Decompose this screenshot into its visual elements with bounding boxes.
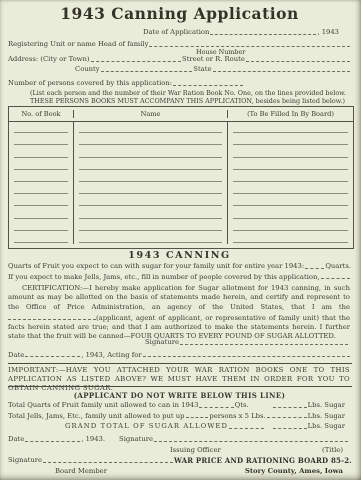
board-fill-in-line bbox=[233, 157, 348, 158]
persons-covered-row: Number of persons covered by this applic… bbox=[8, 80, 351, 87]
name-fill-in-line bbox=[79, 218, 222, 219]
grand-total-label: GRAND TOTAL OF SUGAR ALLOWED bbox=[65, 423, 228, 430]
board-fill-in-line bbox=[233, 181, 348, 182]
grand-total-row: GRAND TOTAL OF SUGAR ALLOWED Lbs. Sugar bbox=[8, 423, 345, 430]
canning-application-form: 1943 Canning Application Date of Applica… bbox=[0, 0, 361, 480]
total-quarts-lbs-fill-in-line bbox=[273, 407, 307, 408]
board-location: Story County, Ames, Iowa bbox=[245, 467, 343, 476]
officer-date-fill-in-line bbox=[25, 441, 80, 442]
ration-book-table-body bbox=[9, 122, 353, 244]
total-jells-fill-in-line bbox=[186, 417, 209, 418]
county-label: County bbox=[75, 66, 100, 73]
total-jells-lbs-label: Lbs. Sugar bbox=[308, 413, 345, 420]
title-caption: (Title) bbox=[322, 446, 343, 454]
officer-signature-fill-in-line bbox=[154, 441, 348, 442]
name-fill-in-line bbox=[79, 169, 222, 170]
officer-date-signature-row: Date , 1943. Signature bbox=[8, 436, 349, 443]
county-state-row: County State bbox=[75, 66, 351, 73]
table-row bbox=[9, 171, 353, 183]
officer-date-label: Date bbox=[8, 436, 24, 443]
book-fill-in-line bbox=[14, 205, 68, 206]
book-fill-in-line bbox=[14, 169, 68, 170]
column-header-book: No. of Book bbox=[9, 110, 74, 118]
name-fill-in-line bbox=[79, 144, 222, 145]
board-fill-in-line bbox=[233, 218, 348, 219]
table-row bbox=[9, 195, 353, 207]
registering-unit-label: Registering Unit or name Head of family bbox=[8, 41, 148, 48]
name-fill-in-line bbox=[79, 157, 222, 158]
book-fill-in-line bbox=[14, 144, 68, 145]
street-label: Street or R. Route bbox=[182, 56, 245, 63]
board-member-caption: Board Member bbox=[55, 467, 107, 475]
quarts-unit: Quarts. bbox=[325, 263, 351, 270]
book-fill-in-line bbox=[14, 230, 68, 231]
quarts-of-fruit-row: Quarts of Fruit you expect to can with s… bbox=[8, 263, 351, 270]
table-row bbox=[9, 134, 353, 146]
date-acting-row: Date , 1943, Acting for bbox=[8, 352, 351, 359]
board-fill-in-line bbox=[233, 169, 348, 170]
divider-rule-bottom bbox=[8, 386, 352, 387]
signature-fill-in-line bbox=[180, 344, 348, 345]
name-fill-in-line bbox=[79, 181, 222, 182]
total-quarts-fill-in-line bbox=[199, 407, 233, 408]
city-fill-in-line bbox=[91, 61, 182, 62]
persons-covered-label: Number of persons covered by this applic… bbox=[8, 80, 172, 87]
table-row bbox=[9, 146, 353, 158]
total-jells-label: Total Jells, Jams, Etc., family unit all… bbox=[8, 413, 185, 420]
state-fill-in-line bbox=[213, 71, 351, 72]
street-fill-in-line bbox=[246, 61, 350, 62]
book-fill-in-line bbox=[14, 193, 68, 194]
total-jells-unit: persons x 5 Lbs. bbox=[209, 413, 265, 420]
column-header-name: Name bbox=[74, 110, 228, 118]
county-fill-in-line bbox=[101, 71, 193, 72]
table-row bbox=[9, 220, 353, 232]
acting-for-label: , 1943, Acting for bbox=[81, 352, 141, 359]
jells-label: If you expect to make Jells, Jams, etc.,… bbox=[8, 274, 320, 281]
jells-fill-in-line bbox=[321, 278, 350, 279]
ration-book-table: No. of Book Name (To Be Filled In By Boa… bbox=[8, 106, 354, 249]
board-fill-in-line bbox=[233, 132, 348, 133]
book-fill-in-line bbox=[14, 157, 68, 158]
date-of-application-row: Date of Application , 1943 bbox=[143, 29, 339, 36]
name-fill-in-line bbox=[79, 132, 222, 133]
signature-label: Signature bbox=[145, 339, 179, 346]
canning-section-title: 1943 CANNING bbox=[8, 250, 351, 262]
table-header-row: No. of Book Name (To Be Filled In By Boa… bbox=[9, 107, 353, 122]
certification-signature-row: Signature bbox=[145, 339, 349, 346]
board-member-signature-row: Signature WAR PRICE AND RATIONING BOARD … bbox=[8, 457, 347, 465]
name-fill-in-line bbox=[79, 193, 222, 194]
registering-fill-in-line-2 bbox=[201, 46, 350, 47]
board-signature-fill-in-line bbox=[43, 462, 173, 463]
book-fill-in-line bbox=[14, 132, 68, 133]
rationing-board-name: WAR PRICE AND RATIONING BOARD 85-2. bbox=[174, 457, 352, 465]
persons-fill-in-line bbox=[173, 85, 243, 86]
total-quarts-unit: Qts. bbox=[235, 402, 249, 409]
name-fill-in-line bbox=[79, 230, 222, 231]
quarts-label: Quarts of Fruit you expect to can with s… bbox=[8, 263, 304, 270]
grand-total-fill-in-line bbox=[229, 428, 264, 429]
page-title: 1943 Canning Application bbox=[8, 4, 351, 23]
officer-date-suffix: , 1943. bbox=[81, 436, 105, 443]
date-label: Date bbox=[8, 352, 24, 359]
name-fill-in-line bbox=[79, 205, 222, 206]
date-fill-in-line bbox=[210, 34, 316, 35]
officer-signature-label: Signature bbox=[119, 436, 153, 443]
certification-paragraph: CERTIFICATION:—I hereby make application… bbox=[8, 284, 350, 342]
do-not-write-notice: (APPLICANT DO NOT WRITE BELOW THIS LINE) bbox=[8, 392, 351, 401]
issuing-officer-label: Issuing Officer bbox=[170, 446, 221, 454]
certification-text-1: CERTIFICATION:—I hereby make application… bbox=[8, 284, 350, 311]
name-fill-in-line bbox=[79, 242, 222, 243]
table-row bbox=[9, 207, 353, 219]
applicant-type-fill-in-line bbox=[8, 312, 96, 320]
ration-book-note: (List each person and the number of thei… bbox=[30, 89, 349, 105]
board-fill-in-line bbox=[233, 242, 348, 243]
board-signature-label: Signature bbox=[8, 457, 42, 464]
table-row bbox=[9, 232, 353, 244]
divider-rule-top bbox=[8, 363, 352, 364]
book-fill-in-line bbox=[14, 218, 68, 219]
total-quarts-label: Total Quarts of Fruit family unit allowe… bbox=[8, 402, 198, 409]
grand-total-lbs-label: Lbs. Sugar bbox=[308, 423, 345, 430]
quarts-fill-in-line bbox=[305, 268, 324, 269]
total-quarts-row: Total Quarts of Fruit family unit allowe… bbox=[8, 402, 345, 409]
registering-fill-in-line bbox=[149, 46, 199, 47]
total-quarts-lbs-label: Lbs. Sugar bbox=[308, 402, 345, 409]
date-fill-in-line-2 bbox=[25, 356, 80, 357]
state-label: State bbox=[193, 66, 211, 73]
table-row bbox=[9, 159, 353, 171]
book-fill-in-line bbox=[14, 181, 68, 182]
table-row bbox=[9, 183, 353, 195]
table-row bbox=[9, 122, 353, 134]
total-jells-lbs-fill-in-line bbox=[267, 417, 307, 418]
acting-for-fill-in-line bbox=[143, 356, 350, 357]
board-fill-in-line bbox=[233, 205, 348, 206]
board-fill-in-line bbox=[233, 193, 348, 194]
date-year-suffix: , 1943 bbox=[317, 29, 339, 36]
address-label: Address: (City or Town) bbox=[8, 56, 90, 63]
board-fill-in-line bbox=[233, 144, 348, 145]
important-notice: IMPORTANT:—HAVE YOU ATTACHED YOUR WAR RA… bbox=[8, 366, 350, 394]
jells-jams-row: If you expect to make Jells, Jams, etc.,… bbox=[8, 274, 351, 281]
board-fill-in-line bbox=[233, 230, 348, 231]
total-jells-row: Total Jells, Jams, Etc., family unit all… bbox=[8, 413, 345, 420]
column-header-board: (To Be Filled In By Board) bbox=[228, 110, 353, 118]
address-row: Address: (City or Town) Street or R. Rou… bbox=[8, 56, 351, 63]
grand-total-lbs-fill-in-line bbox=[273, 428, 307, 429]
book-fill-in-line bbox=[14, 242, 68, 243]
date-of-application-label: Date of Application bbox=[143, 29, 209, 36]
